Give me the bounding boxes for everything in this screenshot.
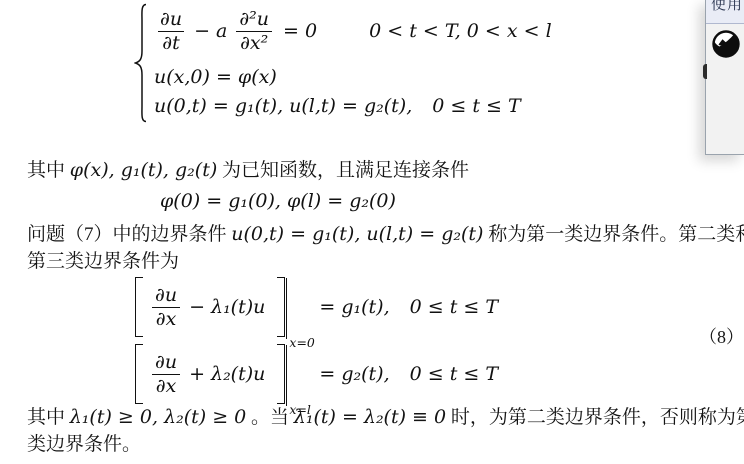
- connection-condition-equation: φ(0) = g₁(0), φ(l) = g₂(0): [160, 190, 396, 212]
- du-dt-fraction: ∂u ∂t: [156, 9, 186, 54]
- paragraph-first-kind-boundary: 问题（7）中的边界条件 u(0,t) = g₁(t), u(l,t) = g₂(…: [27, 221, 744, 248]
- left-bracket: [135, 344, 143, 404]
- eq8a-condition: 0 ≤ t ≤ T: [410, 296, 498, 318]
- time-condition: 0 ≤ t ≤ T: [432, 95, 520, 117]
- panel-header-button[interactable]: 使用: [706, 0, 744, 24]
- equals-zero: = 0: [283, 20, 317, 42]
- para3-math-1: λ₁(t) ≥ 0, λ₂(t) ≥ 0: [70, 406, 247, 428]
- panel-header-label: 使用: [711, 0, 743, 14]
- lambda1-term: − λ₁(t)u: [189, 296, 265, 318]
- para1-text-tail: 为已知函数，且满足连接条件: [222, 160, 469, 181]
- para3-text-2: 。当: [251, 407, 289, 428]
- du-dx-fraction: ∂u ∂x: [151, 285, 181, 330]
- du-dx-fraction: ∂u ∂x: [151, 352, 181, 397]
- paragraph-lambda-conditions: 其中 λ₁(t) ≥ 0, λ₂(t) ≥ 0 。当 λ₁(t) = λ₂(t)…: [27, 404, 744, 431]
- para3-math-2: λ₁(t) = λ₂(t) ≡ 0: [294, 406, 446, 428]
- para2-math: u(0,t) = g₁(t), u(l,t) = g₂(t): [231, 223, 483, 245]
- para2-text-lead: 问题（7）中的边界条件: [27, 224, 227, 245]
- panel-drag-handle[interactable]: [703, 64, 707, 79]
- paragraph-known-functions: 其中 φ(x), g₁(t), g₂(t) 为已知函数，且满足连接条件: [27, 157, 469, 184]
- eq8a-rhs: = g₁(t),: [319, 296, 389, 318]
- equation-number-8: （8）: [699, 323, 744, 349]
- minus-a-term: − a: [194, 20, 227, 42]
- evaluation-bar-x0: x=0: [285, 278, 311, 352]
- paragraph-lambda-conditions-cont: 类边界条件。: [27, 432, 141, 458]
- system-line-3: u(0,t) = g₁(t), u(l,t) = g₂(t), 0 ≤ t ≤ …: [154, 92, 552, 120]
- pde-system-equation: ∂u ∂t − a ∂²u ∂x² = 0 0 < t < T, 0 < x <…: [134, 3, 552, 128]
- left-brace: [134, 3, 148, 128]
- paragraph-third-kind-intro: 第三类边界条件为: [27, 249, 179, 275]
- initial-condition: u(x,0) = φ(x): [154, 66, 277, 88]
- domain-condition: 0 < t < T, 0 < x < l: [369, 20, 552, 42]
- photo-circle-icon[interactable]: [711, 29, 741, 59]
- d2u-dx2-fraction: ∂²u ∂x²: [235, 9, 273, 54]
- system-line-1: ∂u ∂t − a ∂²u ∂x² = 0 0 < t < T, 0 < x <…: [154, 3, 552, 59]
- boundary-equation-8a: ∂u ∂x − λ₁(t)u x=0 = g₁(t), 0 ≤ t ≤ T: [135, 277, 498, 337]
- right-bracket: [277, 277, 285, 337]
- boundary-equation-8b: ∂u ∂x + λ₂(t)u x=l = g₂(t), 0 ≤ t ≤ T: [135, 344, 498, 404]
- right-bracket: [277, 344, 285, 404]
- para2-text-tail: 称为第一类边界条件。第二类和: [488, 224, 744, 245]
- floating-side-panel: 使用: [705, 0, 744, 155]
- eq8b-condition: 0 ≤ t ≤ T: [410, 363, 498, 385]
- left-bracket: [135, 277, 143, 337]
- para1-text-lead: 其中: [27, 160, 65, 181]
- para3-text-3: 时，为第二类边界条件，否则称为第三: [451, 407, 744, 428]
- system-line-2: u(x,0) = φ(x): [154, 62, 552, 92]
- eq8b-rhs: = g₂(t),: [319, 363, 389, 385]
- para3-text-1: 其中: [27, 407, 65, 428]
- lambda2-term: + λ₂(t)u: [189, 363, 265, 385]
- boundary-values: u(0,t) = g₁(t), u(l,t) = g₂(t),: [154, 95, 412, 117]
- para1-math: φ(x), g₁(t), g₂(t): [70, 159, 217, 181]
